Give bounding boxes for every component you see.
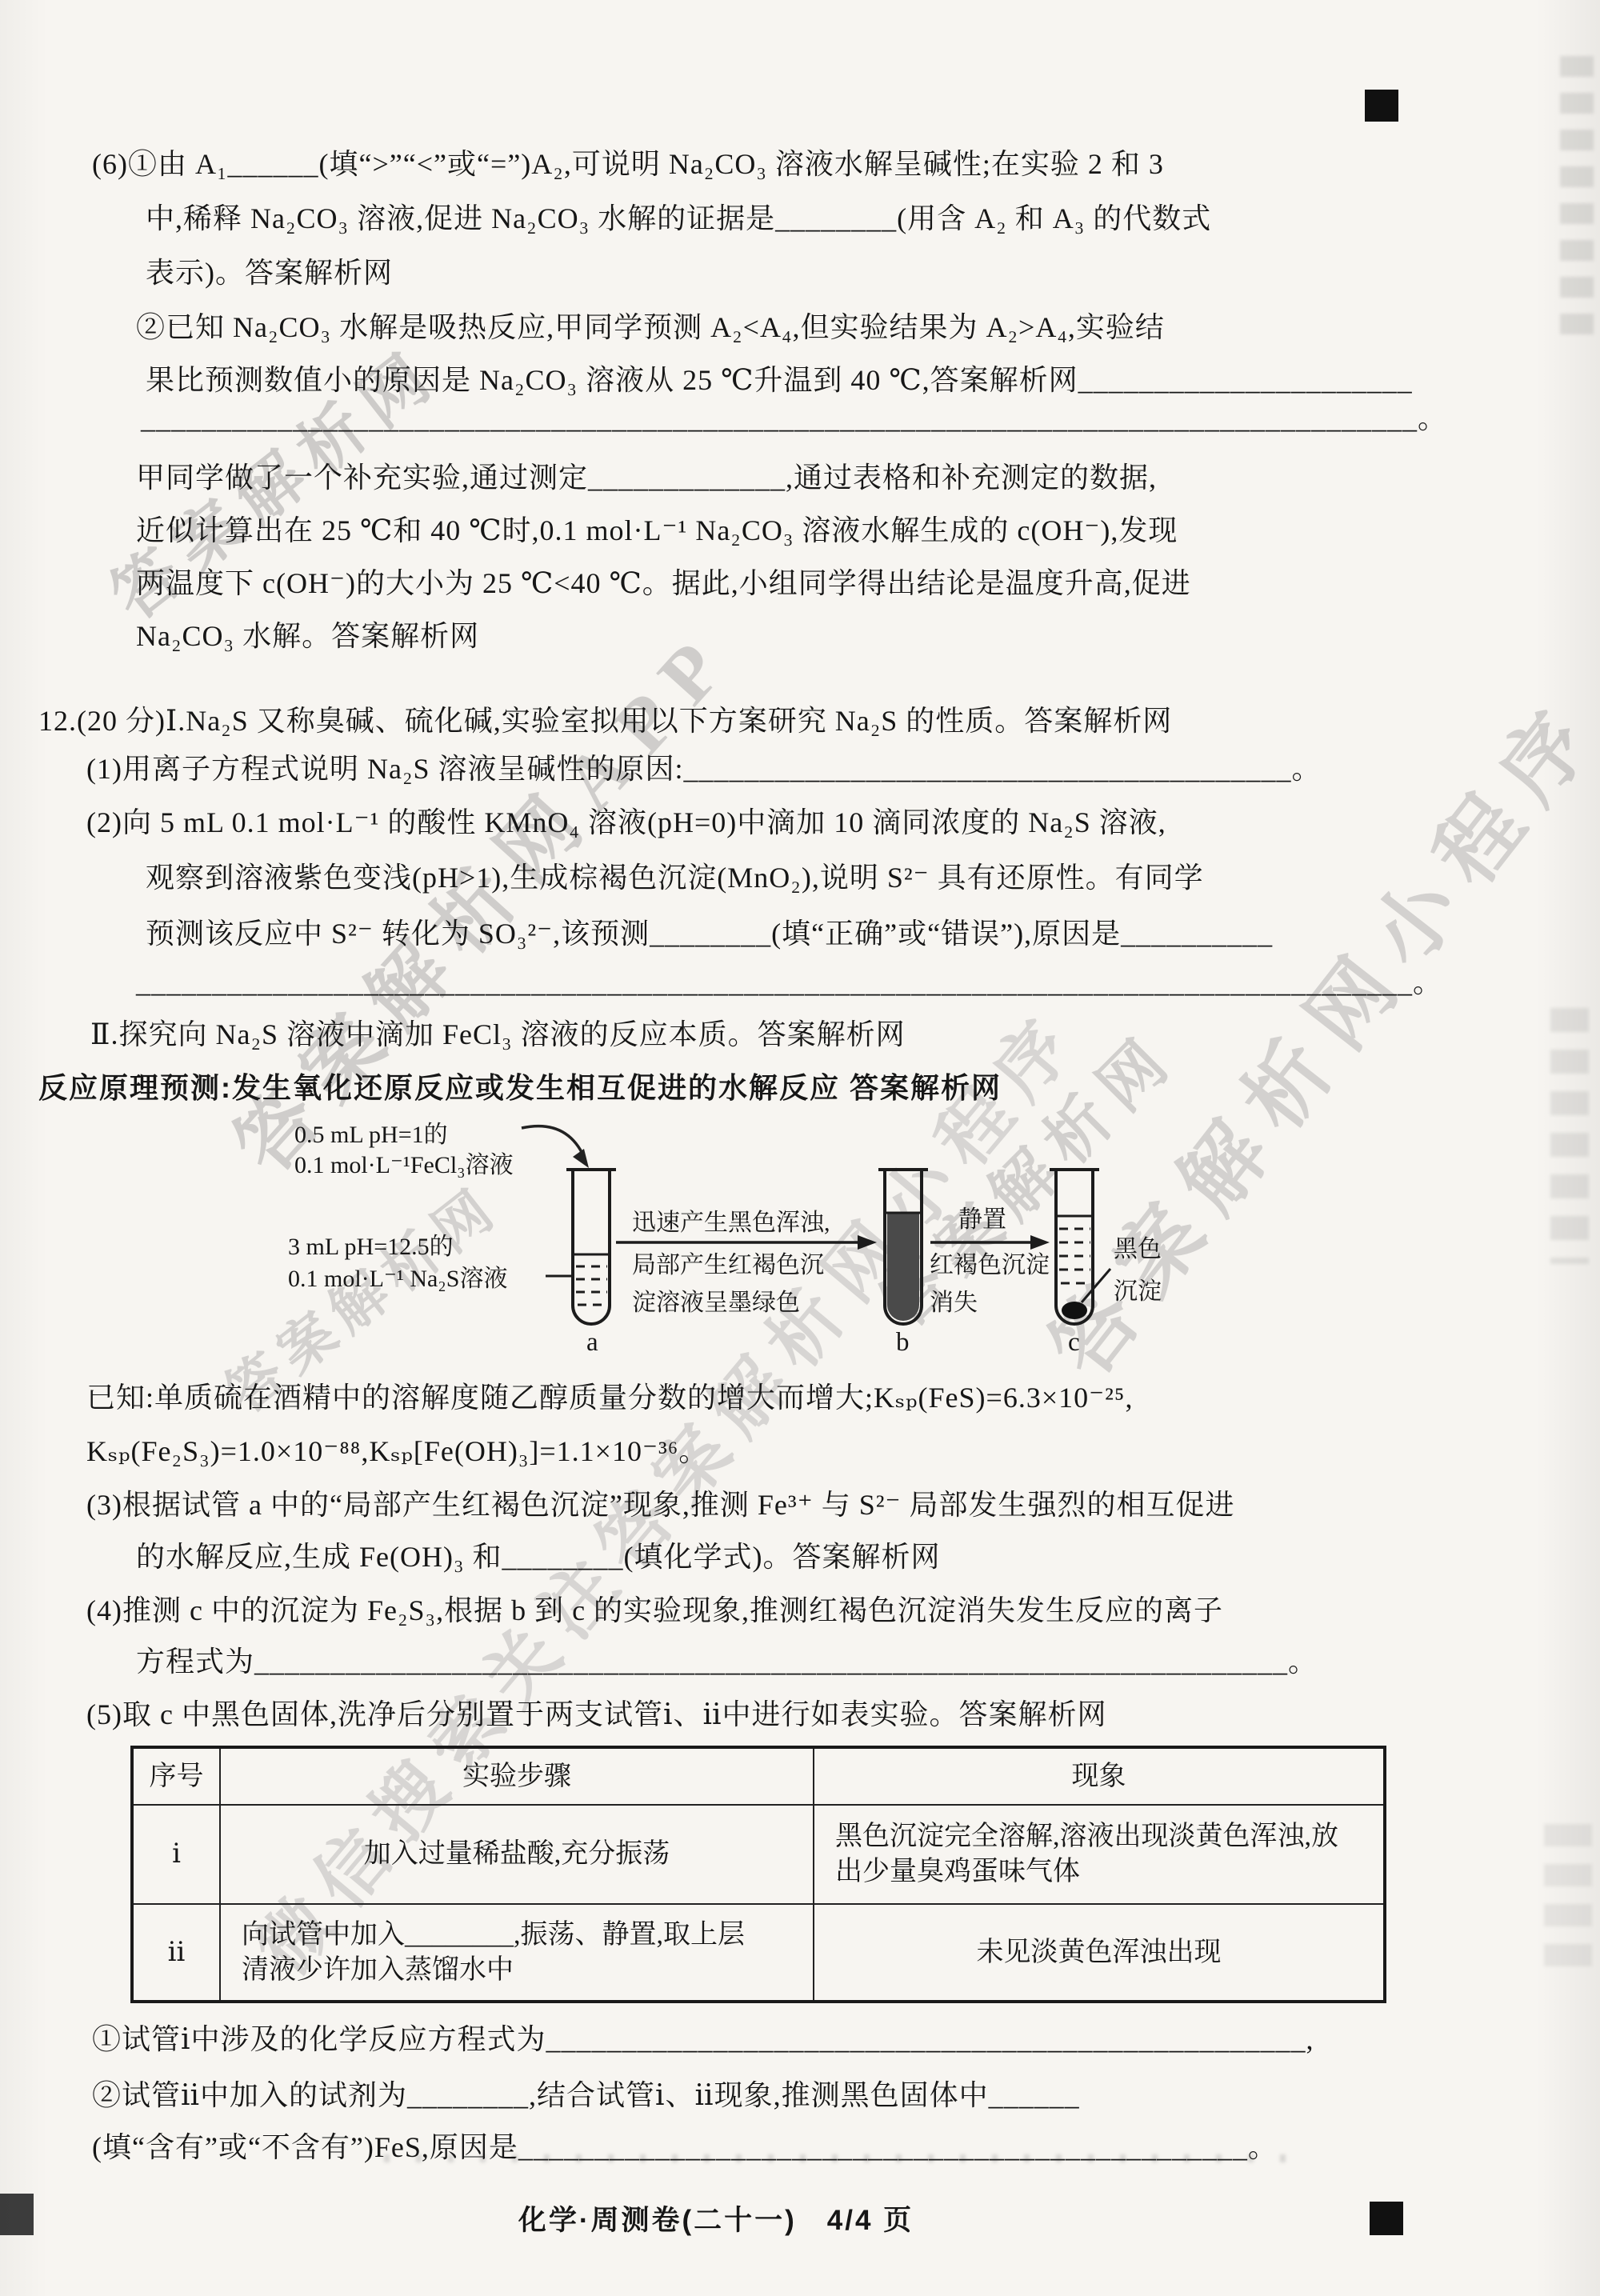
table-row-i: ⅰ 加入过量稀盐酸,充分振荡 黑色沉淀完全溶解,溶液出现淡黄色浑浊,放 出少量臭… <box>132 1805 1385 1904</box>
text-line-19: 已知:单质硫在酒精中的溶解度随乙醇质量分数的增大而增大;Kₛₚ(FeS)=6.3… <box>86 1379 1133 1416</box>
col-header-phenomenon: 现象 <box>814 1747 1385 1805</box>
text-line-23: (4)推测 c 中的沉淀为 Fe₂S₃,根据 b 到 c 的实验现象,推测红褐色… <box>86 1592 1223 1629</box>
row-i-phenomenon-line: 黑色沉淀完全溶解,溶液出现淡黄色浑浊,放 <box>835 1819 1375 1854</box>
text-line-7: 甲同学做了一个补充实验,通过测定_____________,通过表格和补充测定的… <box>136 459 1157 496</box>
text-line-25: (5)取 c 中黑色固体,洗净后分别置于两支试管ⅰ、ⅱ中进行如表实验。答案解析网 <box>86 1696 1107 1733</box>
text-line-5: 果比预测数值小的原因是 Na₂CO₃ 溶液从 25 ℃升温到 40 ℃,答案解析… <box>146 362 1413 398</box>
observation-a-to-b-below1: 局部产生红褐色沉 <box>632 1250 824 1281</box>
row-i-steps: 加入过量稀盐酸,充分振荡 <box>220 1805 814 1904</box>
row-ii-phenomenon-line: 未见淡黄色浑浊出现 <box>822 1935 1375 1970</box>
tube-c-precipitate-label2: 沉淀 <box>1114 1277 1162 1307</box>
row-i-no: ⅰ <box>132 1805 220 1904</box>
bleed-through-marks <box>1550 1008 1589 1264</box>
text-line-21: (3)根据试管 a 中的“局部产生红褐色沉淀”现象,推测 Fe³⁺ 与 S²⁻ … <box>86 1486 1235 1523</box>
text-line-20: Kₛₚ(Fe₂S₃)=1.0×10⁻⁸⁸,Kₛₚ[Fe(OH)₃]=1.1×10… <box>86 1433 708 1470</box>
page-footer: 化学·周测卷(二十一) 4/4 页 <box>0 2198 1432 2238</box>
arrow-b-to-c <box>930 1235 1050 1250</box>
observation-a-to-b-above: 迅速产生黑色浑浊, <box>632 1208 830 1238</box>
text-line-28: (填“含有”或“不含有”)FeS,原因是____________________… <box>92 2129 1278 2166</box>
text-line-27: ②试管ⅱ中加入的试剂为________,结合试管ⅰ、ⅱ现象,推测黑色固体中___… <box>92 2077 1080 2114</box>
reagent-label-na2s-line1: 3 mL pH=12.5的 <box>288 1232 454 1262</box>
text-line-12: (1)用离子方程式说明 Na₂S 溶液呈碱性的原因:______________… <box>86 750 1322 787</box>
text-line-11: 12.(20 分)Ⅰ.Na₂S 又称臭碱、硫化碱,实验室拟用以下方案研究 Na₂… <box>38 702 1172 739</box>
test-tube-b <box>878 1170 928 1324</box>
print-mark <box>1365 90 1398 122</box>
text-line-22: 的水解反应,生成 Fe(OH)₃ 和________(填化学式)。答案解析网 <box>136 1538 941 1575</box>
row-ii-steps-line: 清液少许加入蒸馏水中 <box>242 1953 805 1988</box>
tube-b-letter: b <box>896 1328 910 1358</box>
row-i-steps-line: 加入过量稀盐酸,充分振荡 <box>229 1837 805 1872</box>
experiment-table: 序号 实验步骤 现象 ⅰ 加入过量稀盐酸,充分振荡 黑色沉淀完全溶解,溶液出现淡… <box>130 1746 1386 2003</box>
table-row-ii: ⅱ 向试管中加入________,振荡、静置,取上层 清液少许加入蒸馏水中 未见… <box>132 1904 1385 2002</box>
bleed-through-marks <box>1560 56 1594 344</box>
text-line-6: ________________________________________… <box>141 400 1447 437</box>
row-ii-phenomenon: 未见淡黄色浑浊出现 <box>814 1904 1385 2002</box>
reagent-label-fecl3-line2: 0.1 mol·L⁻¹FeCl₃溶液 <box>294 1150 514 1181</box>
text-line-13: (2)向 5 mL 0.1 mol·L⁻¹ 的酸性 KMnO₄ 溶液(pH=0)… <box>86 804 1166 841</box>
col-header-steps: 实验步骤 <box>220 1747 814 1805</box>
tube-c-precipitate-label1: 黑色 <box>1114 1234 1162 1265</box>
reagent-label-na2s-line2: 0.1 mol·L⁻¹ Na₂S溶液 <box>288 1264 507 1294</box>
test-tube-a <box>546 1170 616 1324</box>
text-line-18: 反应原理预测:发生氧化还原反应或发生相互促进的水解反应 答案解析网 <box>38 1070 1002 1106</box>
text-line-14: 观察到溶液紫色变浅(pH>1),生成棕褐色沉淀(MnO₂),说明 S²⁻ 具有还… <box>146 859 1204 896</box>
exam-paper-page: 答案解析网答案解析网APP答案解析网答案解析网答案解析网小程序微信搜索关注答案解… <box>0 0 1600 2296</box>
tube-c-letter: c <box>1068 1328 1080 1358</box>
text-line-2: 中,稀释 Na₂CO₃ 溶液,促进 Na₂CO₃ 水解的证据是________(… <box>146 200 1211 237</box>
reagent-label-fecl3-line1: 0.5 mL pH=1的 <box>294 1120 448 1150</box>
row-ii-steps-line: 向试管中加入________,振荡、静置,取上层 <box>242 1918 805 1953</box>
bleed-through-marks <box>1544 1824 1592 1968</box>
text-line-24: 方程式为____________________________________… <box>136 1643 1318 1680</box>
observation-a-to-b-below2: 淀溶液呈墨绿色 <box>632 1288 800 1318</box>
row-i-phenomenon: 黑色沉淀完全溶解,溶液出现淡黄色浑浊,放 出少量臭鸡蛋味气体 <box>814 1805 1385 1904</box>
table-header-row: 序号 实验步骤 现象 <box>132 1747 1385 1805</box>
text-line-15: 预测该反应中 S²⁻ 转化为 SO₃²⁻,该预测________(填“正确”或“… <box>146 915 1273 952</box>
text-line-1: (6)①由 A₁______(填“>”“<”或“=”)A₂,可说明 Na₂CO₃… <box>92 146 1164 182</box>
text-line-10: Na₂CO₃ 水解。答案解析网 <box>136 618 479 654</box>
text-line-17: Ⅱ.探究向 Na₂S 溶液中滴加 FeCl₃ 溶液的反应本质。答案解析网 <box>90 1016 906 1053</box>
text-line-9: 两温度下 c(OH⁻)的大小为 25 ℃<40 ℃。据此,小组同学得出结论是温度… <box>136 565 1191 602</box>
row-ii-steps: 向试管中加入________,振荡、静置,取上层 清液少许加入蒸馏水中 <box>220 1904 814 2002</box>
observation-b-to-c-line1: 红褐色沉淀 <box>930 1250 1050 1281</box>
action-b-to-c-label: 静置 <box>958 1205 1006 1235</box>
pour-arrow-icon <box>522 1126 589 1168</box>
tube-a-letter: a <box>586 1328 598 1358</box>
text-line-4: ②已知 Na₂CO₃ 水解是吸热反应,甲同学预测 A₂<A₄,但实验结果为 A₂… <box>136 309 1165 346</box>
row-ii-no: ⅱ <box>132 1904 220 2002</box>
row-i-phenomenon-line: 出少量臭鸡蛋味气体 <box>835 1854 1375 1890</box>
observation-b-to-c-line2: 消失 <box>930 1288 978 1318</box>
text-line-8: 近似计算出在 25 ℃和 40 ℃时,0.1 mol·L⁻¹ Na₂CO₃ 溶液… <box>136 512 1178 549</box>
text-line-16: ________________________________________… <box>136 964 1442 1001</box>
text-line-26: ①试管ⅰ中涉及的化学反应方程式为________________________… <box>92 2021 1314 2058</box>
col-header-no: 序号 <box>132 1747 220 1805</box>
text-line-3: 表示)。答案解析网 <box>146 254 393 291</box>
test-tube-c <box>1050 1170 1110 1324</box>
